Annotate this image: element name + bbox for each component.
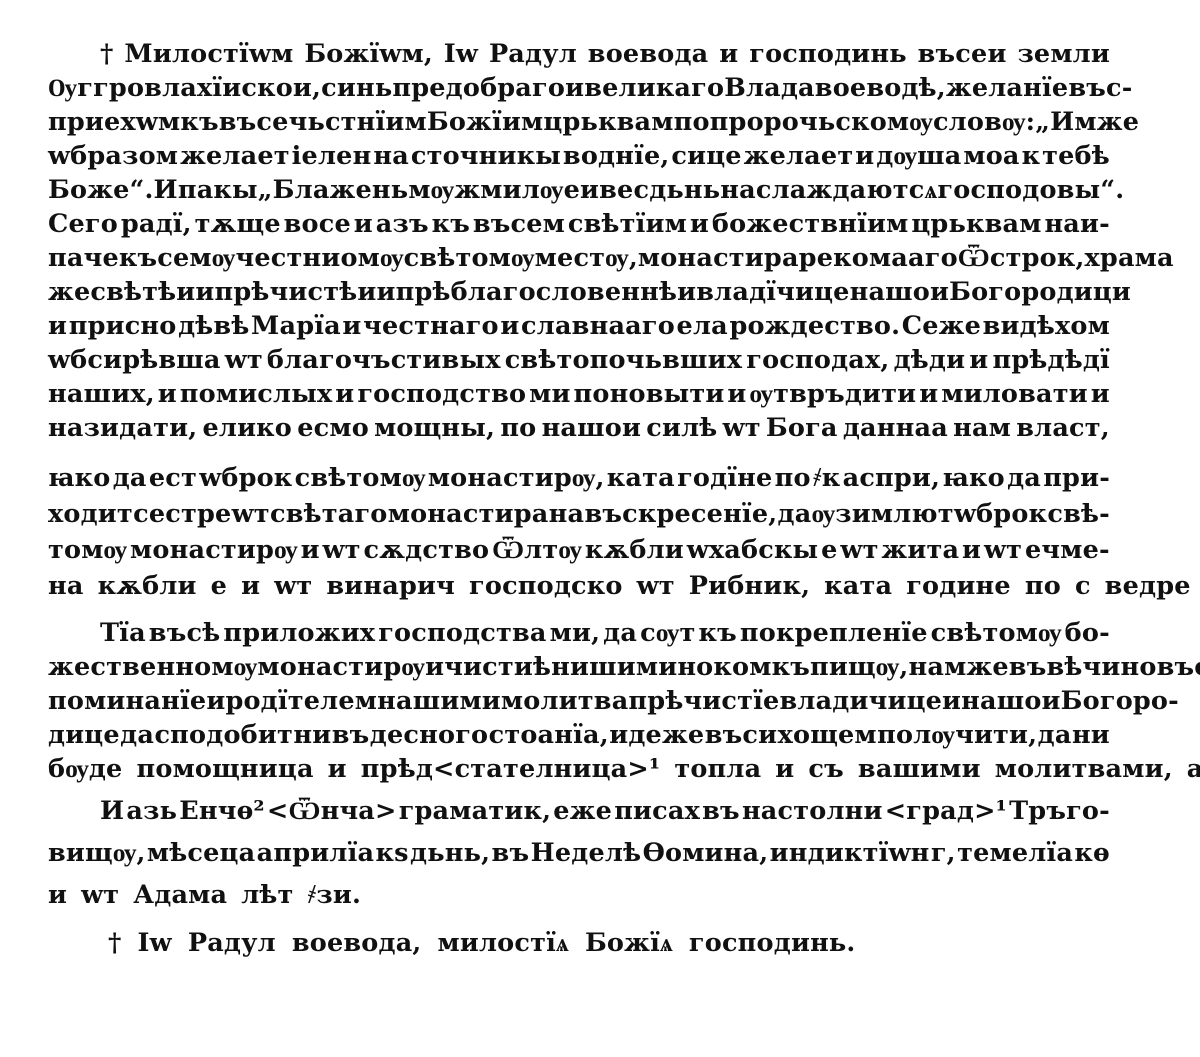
word: сѹт <box>640 616 695 650</box>
word: нашои <box>961 684 1061 718</box>
word: „Имже <box>1035 105 1139 139</box>
word: wт <box>840 533 878 567</box>
word: рождество. <box>729 309 900 343</box>
word: Божїим <box>427 105 544 139</box>
word: е <box>211 569 227 603</box>
text-line: Сегорадї,тѫщевосеиазъкъвъсемсвѣтїимибоже… <box>48 207 1110 241</box>
word: и <box>855 139 874 173</box>
word: кѫбли <box>98 569 197 603</box>
word: да <box>113 461 147 495</box>
word: свѣ- <box>1047 497 1110 531</box>
word: Богородици <box>949 275 1131 309</box>
word: бѹде <box>48 752 123 786</box>
text-line: wбсиpѣвшаwтблагочъстивыхсвѣтопочьвшихгос… <box>48 343 1110 377</box>
word: дьнь, <box>410 836 490 870</box>
document-page: †МилостїwмБожїwм,IwРадулвоеводаигосподин… <box>0 0 1200 1057</box>
text-line: пачекъсемѹчестниомѹсвѣтомѹместѹ,монастир… <box>48 241 1110 275</box>
word: к <box>1022 139 1041 173</box>
word: свѣтѣи <box>90 275 195 309</box>
word: Ѿстрок, <box>958 241 1085 275</box>
word: милѹе <box>480 173 580 207</box>
word: на <box>373 139 409 173</box>
word: Милостїwм <box>124 37 293 71</box>
text-line: иwтАдамалѣт҂зи. <box>48 878 1110 912</box>
word: и <box>48 309 67 343</box>
word: кѕ <box>376 836 409 870</box>
word: дѣвѣ <box>178 309 249 343</box>
word: годїне <box>677 461 772 495</box>
word: пакы <box>178 173 258 207</box>
word: въс- <box>1157 650 1200 684</box>
word: wт <box>323 533 361 567</box>
word: Сеже <box>902 309 981 343</box>
word: винарич <box>326 569 455 603</box>
word: Iw <box>138 926 172 960</box>
word: и <box>342 309 361 343</box>
word: да <box>603 616 637 650</box>
text-line: Ѹггровлахїискои,синьпредобрагоивеликагоВ… <box>48 71 1110 105</box>
word: по <box>775 461 811 495</box>
word: пророчьскомѹ <box>710 105 933 139</box>
text-line: вищѹ,мѣсецааприлїакѕдьнь,въНеделѣѲомина,… <box>48 836 1110 870</box>
word: топла <box>674 752 761 786</box>
word: воевода, <box>292 926 422 960</box>
word: въсѣ <box>149 616 221 650</box>
word: и <box>425 650 444 684</box>
word: свѣтомѹ <box>931 616 1062 650</box>
word: въ <box>1009 650 1047 684</box>
word: словѹ: <box>933 105 1035 139</box>
word: поновыти <box>574 377 725 411</box>
signature-line: †IwРадулвоевода,милостїѧБожїѧгосподинь. <box>108 926 1170 960</box>
word: жественномѹ <box>48 650 257 684</box>
word: Неделѣ <box>531 836 642 870</box>
text-line: наших,ипомислыхигосподствомипоновытииѹтв… <box>48 377 1110 411</box>
word: Радул <box>489 37 577 71</box>
text-line: бѹдепомощницаипрѣд<стателница>¹топлаисъв… <box>48 752 1110 786</box>
word: храма <box>1085 241 1174 275</box>
word: предобраго <box>392 71 565 105</box>
text-line: †МилостїwмБожїwм,IwРадулвоеводаигосподин… <box>100 37 1110 71</box>
word: милостїѧ <box>438 926 569 960</box>
word: рекомаагo <box>799 241 958 275</box>
word: бо- <box>1065 616 1110 650</box>
word: по <box>500 411 536 445</box>
word: мѹж <box>408 173 480 207</box>
word: Ѹггровлахїискои, <box>48 71 321 105</box>
word: прѣблагословеннѣи <box>396 275 697 309</box>
word: свѣтомѹ <box>295 461 426 495</box>
word: радї, <box>121 207 192 241</box>
word: сице <box>671 139 741 173</box>
word: да <box>1007 461 1041 495</box>
word: прѣд<стателница>¹ <box>361 752 661 786</box>
word: нашои <box>850 275 950 309</box>
text-line: Боже“.Ипакы„Блаженьмѹжмилѹеивесдьньнасла… <box>48 173 1110 207</box>
word: и <box>690 207 709 241</box>
word: wхабскы <box>687 533 819 567</box>
word: семѹ <box>157 241 235 275</box>
word: и <box>727 377 746 411</box>
word: ҂зи. <box>308 878 361 912</box>
word: Радул <box>188 926 276 960</box>
word: Тїа <box>100 616 146 650</box>
word: ми <box>529 377 570 411</box>
word: сподобит <box>154 718 293 752</box>
word: видѣхом <box>983 309 1110 343</box>
word: и <box>565 71 584 105</box>
word: Богоро- <box>1061 684 1179 718</box>
word: пищѹ, <box>810 650 909 684</box>
word: къ <box>180 105 218 139</box>
word: на <box>549 497 585 531</box>
word: иноком <box>658 650 771 684</box>
word: да <box>120 718 154 752</box>
word: Адама <box>133 878 227 912</box>
word: и <box>301 533 320 567</box>
word: ми, <box>550 616 601 650</box>
word: поминанїе <box>48 684 206 718</box>
word: и <box>241 569 260 603</box>
word: великаго <box>584 71 724 105</box>
word: ката <box>824 569 892 603</box>
word: тѫще <box>195 207 281 241</box>
word: Iw <box>444 37 478 71</box>
word: господство <box>357 377 526 411</box>
cropped-header-fragment <box>250 0 370 6</box>
word: ечме- <box>1025 533 1110 567</box>
word: дѣди <box>894 343 966 377</box>
word: „Блажень <box>258 173 409 207</box>
word: даннаа <box>843 411 948 445</box>
word: покрепленїе <box>740 616 928 650</box>
text-line: жесвѣтѣиипрѣчистѣиипрѣблагословеннѣивлад… <box>48 275 1110 309</box>
word: присно <box>69 309 177 343</box>
word: владичицеи <box>779 684 961 718</box>
word: сѧ <box>909 173 938 207</box>
word: iелен <box>292 139 372 173</box>
word: въс- <box>1068 71 1132 105</box>
word: вашими <box>858 752 981 786</box>
word: господовы“. <box>937 173 1124 207</box>
word: миловати <box>941 377 1088 411</box>
word: жита <box>881 533 959 567</box>
word: ведре <box>1105 569 1191 603</box>
word: wт <box>723 411 761 445</box>
text-line: дицедасподобитнивъдесногостоанїа,идежевъ… <box>48 718 1110 752</box>
word: и <box>1091 377 1110 411</box>
word: wброк <box>199 461 292 495</box>
word: Божїѧ <box>585 926 673 960</box>
word: и <box>969 343 988 377</box>
word: намже <box>908 650 1008 684</box>
word: воеводѣ, <box>815 71 946 105</box>
word: wт <box>225 343 263 377</box>
word: честниомѹ <box>235 241 403 275</box>
word: <град>¹ <box>885 794 1007 828</box>
word: мѣсеца <box>147 836 255 870</box>
word: наших, <box>48 377 155 411</box>
word: по <box>674 105 710 139</box>
word: господства <box>378 616 546 650</box>
word: по <box>1025 569 1061 603</box>
word: Ѳомина, <box>643 836 769 870</box>
word: Боже“. <box>48 173 154 207</box>
word: моа <box>963 139 1019 173</box>
word: и <box>48 878 67 912</box>
word: чьстнїим <box>289 105 427 139</box>
word: на <box>48 569 84 603</box>
text-line: жественномѹмонастирѹичистиѣнишиминокомкъ… <box>48 650 1110 684</box>
word: Божїwм, <box>304 37 433 71</box>
word: къ <box>432 207 470 241</box>
word: црьквам <box>543 105 673 139</box>
word: монастирѹ <box>130 533 298 567</box>
word: лѣт <box>241 878 293 912</box>
word: къ <box>119 241 157 275</box>
word: прѣдѣдї <box>992 343 1109 377</box>
word: восе <box>284 207 351 241</box>
word: † <box>108 926 122 960</box>
text-line: ꙗкодаестwброксвѣтомѹмонастирѹ,катагодїне… <box>48 461 1110 495</box>
word: ката <box>607 461 675 495</box>
word: есмо <box>297 411 369 445</box>
word: и <box>328 752 347 786</box>
word: господинь <box>749 37 907 71</box>
word: вѣчино <box>1046 650 1156 684</box>
word: и <box>354 207 373 241</box>
word: свѣтомѹ <box>404 241 535 275</box>
word: воднїе, <box>563 139 670 173</box>
word: ꙗко <box>942 461 1005 495</box>
word: и <box>719 37 738 71</box>
word: Бога <box>766 411 838 445</box>
word: честнаго <box>363 309 499 343</box>
word: желанїе <box>946 71 1068 105</box>
text-line: ИазьЕнчѳ²<Ѿнча>граматик,ежеписахвънастол… <box>100 794 1110 828</box>
word: синь <box>321 71 392 105</box>
word: Влада <box>724 71 815 105</box>
word: писах <box>614 794 700 828</box>
word: дѹша <box>876 139 961 173</box>
word: и <box>775 752 794 786</box>
word: и <box>500 309 519 343</box>
word: црьквам <box>911 207 1041 241</box>
word: же <box>48 275 90 309</box>
word: и <box>195 275 214 309</box>
word: wбсиpѣвша <box>48 343 221 377</box>
word: съ <box>808 752 844 786</box>
word: наи- <box>1044 207 1109 241</box>
word: нашим <box>377 684 482 718</box>
word: монастира <box>388 497 549 531</box>
word: амин. <box>1187 752 1200 786</box>
word: стоанїа, <box>489 718 609 752</box>
word: желает <box>180 139 290 173</box>
word: въскресенїе, <box>584 497 777 531</box>
word: полѹчити, <box>877 718 1037 752</box>
word: сточникы <box>411 139 561 173</box>
word: † <box>100 37 114 71</box>
word: И <box>100 794 124 828</box>
word: Марїа <box>251 309 341 343</box>
word: ҂к <box>813 461 840 495</box>
word: тебѣ <box>1042 139 1110 173</box>
word: родїтелем <box>225 684 377 718</box>
word: сѫдство <box>364 533 490 567</box>
text-line: томѹмонастирѹиwтсѫдствоѾлтѹкѫблиwхабскые… <box>48 533 1110 567</box>
word: елико <box>202 411 292 445</box>
word: назидати, <box>48 411 197 445</box>
word: Сего <box>48 207 118 241</box>
word: въ <box>332 718 370 752</box>
word: еже <box>553 794 612 828</box>
word: ест <box>149 461 197 495</box>
word: свѣтаго <box>270 497 388 531</box>
word: ела <box>677 309 728 343</box>
word: монастирѹ, <box>428 461 605 495</box>
word: и <box>377 275 396 309</box>
word: помощница <box>137 752 314 786</box>
word: господско <box>469 569 623 603</box>
word: хощем <box>778 718 877 752</box>
word: благочъстивых <box>267 343 501 377</box>
text-line: назидати,еликоесмомощны,понашоисилѣwтБог… <box>48 411 1110 445</box>
word: индиктїwн <box>770 836 930 870</box>
word: паче <box>48 241 119 275</box>
word: с <box>1075 569 1091 603</box>
word: чистиѣнишим <box>444 650 658 684</box>
word: азь <box>126 794 177 828</box>
word: wт <box>984 533 1022 567</box>
word: приложих <box>223 616 375 650</box>
text-line: wбразомжелаетiеленнасточникыводнїе,сицеж… <box>48 139 1110 173</box>
word: настолни <box>742 794 883 828</box>
word: въ <box>492 836 530 870</box>
word: и <box>482 684 501 718</box>
word: желает <box>744 139 854 173</box>
word: власт, <box>1016 411 1110 445</box>
word: и <box>919 377 938 411</box>
word: Тръго- <box>1009 794 1110 828</box>
word: wт <box>232 497 270 531</box>
word: И <box>154 173 178 207</box>
word: и <box>335 377 354 411</box>
word: монастира <box>638 241 799 275</box>
word: кѫбли <box>585 533 684 567</box>
word: ни <box>1072 718 1110 752</box>
word: wброк <box>954 497 1047 531</box>
word: wбразом <box>48 139 178 173</box>
word: монастирѹ <box>257 650 425 684</box>
word: въсе <box>219 105 289 139</box>
word: господах, <box>746 343 889 377</box>
word: Енчѳ² <box>179 794 265 828</box>
word: ѹтвръдити <box>749 377 916 411</box>
word: свѣтїим <box>568 207 687 241</box>
word: славнаагo <box>521 309 675 343</box>
text-line: приехwмкъвъсечьстнїимБожїимцрьквампопрор… <box>48 105 1110 139</box>
word: азъ <box>376 207 429 241</box>
word: <Ѿнча> <box>267 794 397 828</box>
word: вищѹ, <box>48 836 146 870</box>
word: силѣ <box>646 411 717 445</box>
word: wт <box>81 878 119 912</box>
word: Ѿлтѹ <box>492 533 582 567</box>
word: владїчице <box>696 275 849 309</box>
word: да <box>1038 718 1072 752</box>
text-line: поминанїеиродїтелемнашимимолитвапрѣчистї… <box>48 684 1110 718</box>
word: ѹзимлют <box>812 497 954 531</box>
word: кѳ <box>1074 836 1109 870</box>
word: и <box>206 684 225 718</box>
text-line: ходитсестреwтсвѣтагомонастиранавъскресен… <box>48 497 1110 531</box>
word: и <box>580 173 599 207</box>
word: нашои <box>542 411 642 445</box>
word: и <box>962 533 981 567</box>
word: ходит <box>48 497 133 531</box>
word: идеже <box>609 718 704 752</box>
word: томѹ <box>48 533 127 567</box>
text-line: иприснодѣвѣМарїаичестнагоиславнаагoеларо… <box>48 309 1110 343</box>
word: воевода <box>588 37 709 71</box>
word: г, <box>931 836 956 870</box>
word: приехwм <box>48 105 180 139</box>
word: прѣчистїе <box>628 684 779 718</box>
word: божествнїим <box>712 207 909 241</box>
word: местѹ, <box>535 241 638 275</box>
word: темелїа <box>957 836 1073 870</box>
word: граматик, <box>399 794 551 828</box>
word: е <box>821 533 837 567</box>
word: дице <box>48 718 120 752</box>
word: къ <box>772 650 810 684</box>
word: къ <box>698 616 736 650</box>
word: сестре <box>133 497 231 531</box>
text-line: накѫблиеиwтвинаричгосподскоwтРибник,ката… <box>48 569 1110 603</box>
word: въ <box>702 794 740 828</box>
word: wт <box>274 569 312 603</box>
word: прѣчистѣи <box>215 275 377 309</box>
word: да <box>778 497 812 531</box>
word: мощны, <box>374 411 495 445</box>
word: въсеи <box>918 37 1007 71</box>
word: године <box>906 569 1011 603</box>
word: молитва <box>501 684 629 718</box>
word: аспри, <box>843 461 941 495</box>
word: дьнь <box>649 173 720 207</box>
word: въсем <box>473 207 565 241</box>
word: wт <box>637 569 675 603</box>
word: априлїа <box>257 836 375 870</box>
word: вес <box>599 173 649 207</box>
word: десного <box>370 718 488 752</box>
text-line: Тїавъсѣприложихгосподствами,дасѹткъпокре… <box>100 616 1110 650</box>
word: ни <box>293 718 331 752</box>
word: наслаждают <box>720 173 908 207</box>
word: земли <box>1017 37 1110 71</box>
word: Рибник, <box>689 569 810 603</box>
word: помислых <box>180 377 333 411</box>
word: и <box>158 377 177 411</box>
word: господинь. <box>689 926 856 960</box>
word: свѣтопочьвших <box>505 343 742 377</box>
word: молитвами, <box>995 752 1173 786</box>
word: нам <box>953 411 1011 445</box>
word: ꙗко <box>48 461 111 495</box>
word: въси <box>705 718 778 752</box>
word: при- <box>1043 461 1110 495</box>
